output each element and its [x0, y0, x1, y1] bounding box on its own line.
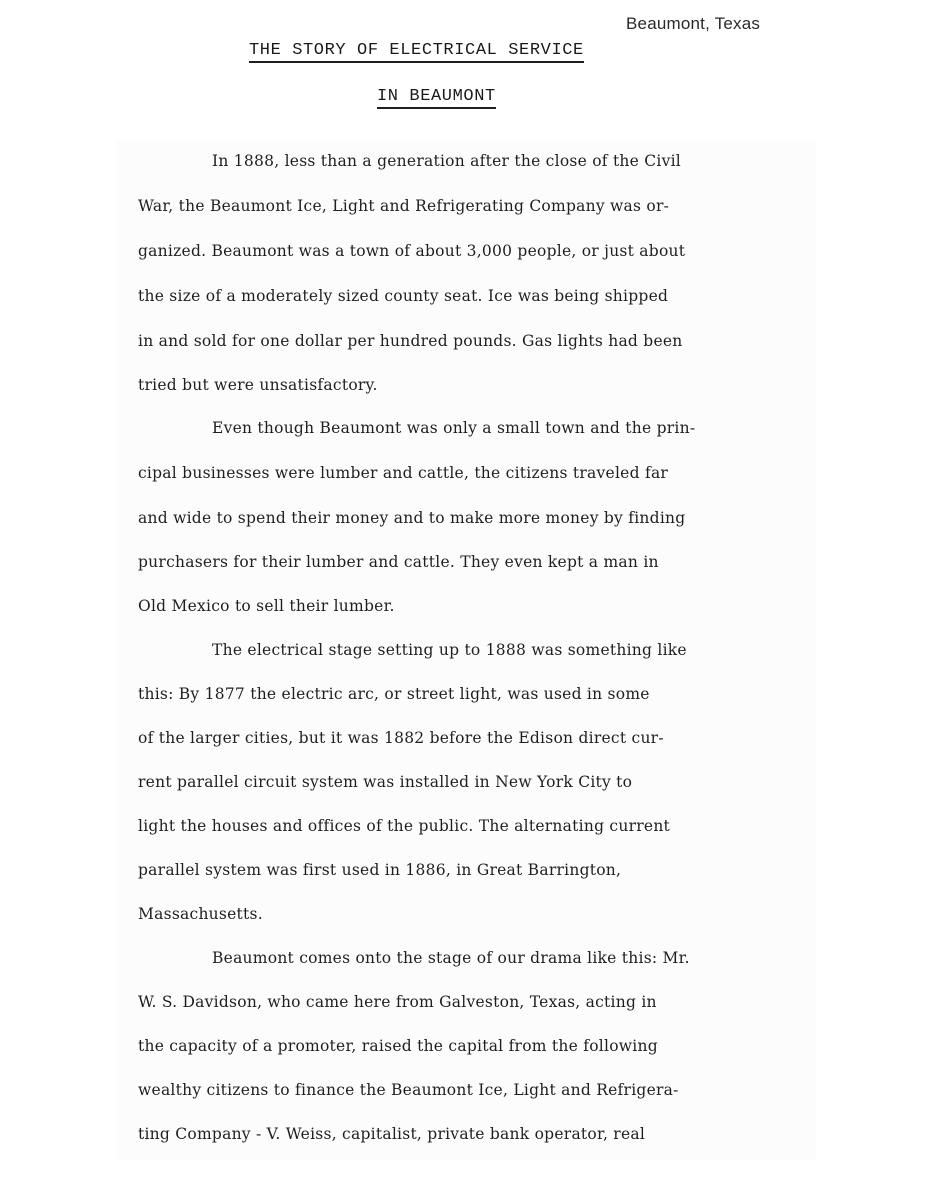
- text-line: purchasers for their lumber and cattle. …: [138, 553, 659, 571]
- text-line: Even though Beaumont was only a small to…: [212, 419, 695, 437]
- text-line: ganized. Beaumont was a town of about 3,…: [138, 242, 685, 260]
- text-line: ting Company - V. Weiss, capitalist, pri…: [138, 1125, 645, 1143]
- text-line: light the houses and offices of the publ…: [138, 817, 670, 835]
- text-line: and wide to spend their money and to mak…: [138, 509, 685, 527]
- text-line: Beaumont comes onto the stage of our dra…: [212, 949, 690, 967]
- text-line: this: By 1877 the electric arc, or stree…: [138, 685, 650, 703]
- document-page: Beaumont, Texas THE STORY OF ELECTRICAL …: [0, 0, 927, 1200]
- text-line: tried but were unsatisfactory.: [138, 376, 378, 394]
- text-line: wealthy citizens to finance the Beaumont…: [138, 1081, 679, 1099]
- text-line: Old Mexico to sell their lumber.: [138, 597, 395, 615]
- text-line: the capacity of a promoter, raised the c…: [138, 1037, 658, 1055]
- text-line: War, the Beaumont Ice, Light and Refrige…: [138, 197, 669, 215]
- text-line: cipal businesses were lumber and cattle,…: [138, 464, 668, 482]
- text-line: the size of a moderately sized county se…: [138, 287, 668, 305]
- document-subtitle: IN BEAUMONT: [377, 87, 496, 109]
- document-title: THE STORY OF ELECTRICAL SERVICE: [249, 41, 584, 63]
- text-line: Massachusetts.: [138, 905, 263, 923]
- text-line: W. S. Davidson, who came here from Galve…: [138, 993, 657, 1011]
- location-tag: Beaumont, Texas: [626, 14, 760, 34]
- text-line: In 1888, less than a generation after th…: [212, 152, 681, 170]
- text-line: of the larger cities, but it was 1882 be…: [138, 729, 664, 747]
- text-line: parallel system was first used in 1886, …: [138, 861, 621, 879]
- text-line: in and sold for one dollar per hundred p…: [138, 332, 683, 350]
- text-line: rent parallel circuit system was install…: [138, 773, 632, 791]
- text-line: The electrical stage setting up to 1888 …: [212, 641, 687, 659]
